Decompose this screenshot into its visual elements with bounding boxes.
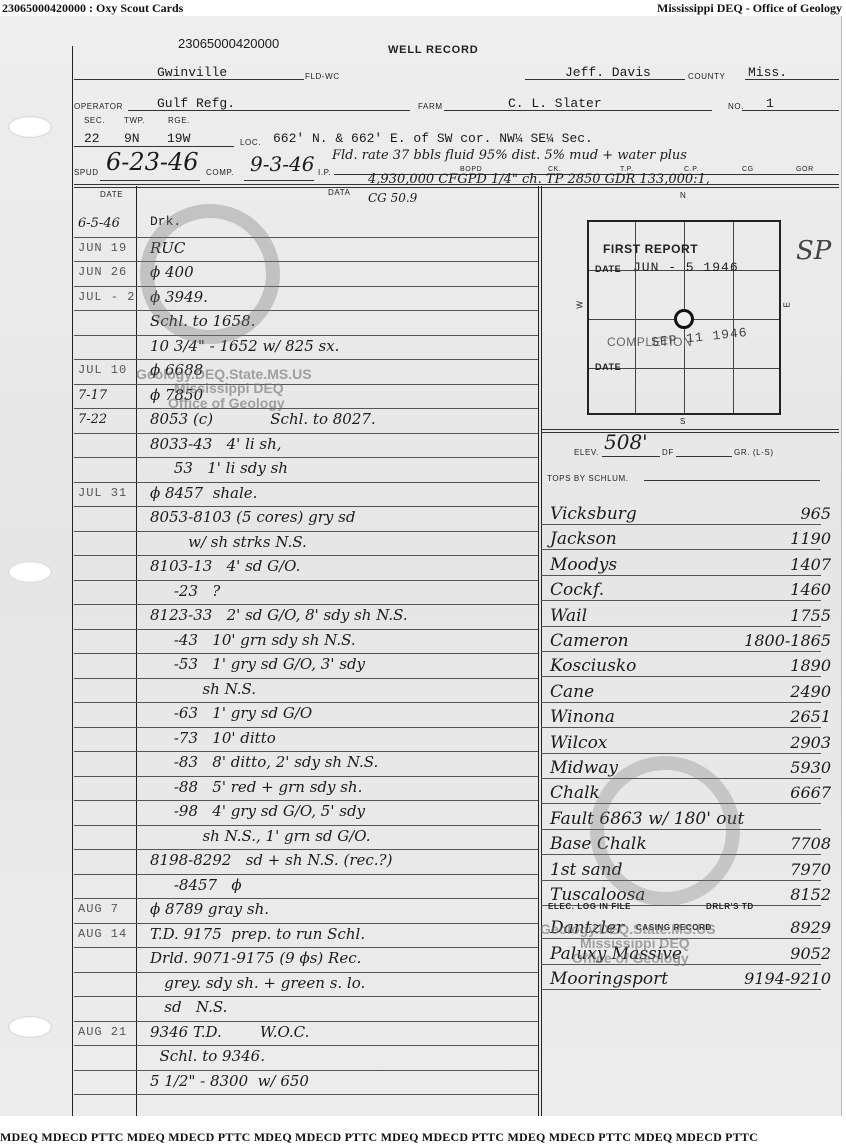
initials: SP — [796, 236, 831, 266]
watermark-office: Office of Geology — [168, 395, 285, 411]
log-date: JUL 10 — [78, 363, 127, 377]
log-entry-text: 8103-13 4' sd G/O. — [150, 557, 300, 575]
log-date: JUN 19 — [78, 241, 127, 255]
loc-value: 662' N. & 662' E. of SW cor. NW¼ SE¼ Sec… — [273, 131, 593, 146]
log-entry-text: 8053 (c) Schl. to 8027. — [150, 410, 376, 428]
log-entry-text: Schl. to 9346. — [150, 1047, 265, 1065]
log-entry-text: 5 1/2" - 8300 w/ 650 — [150, 1072, 309, 1090]
log-entry-text: -43 10' grn sdy sh N.S. — [150, 631, 356, 649]
log-entry-text: -73 10' ditto — [150, 729, 276, 747]
elev-label: ELEV. — [574, 448, 599, 457]
formation-depth: 2903 — [790, 733, 831, 752]
formation-depth: 8929 — [790, 918, 831, 937]
log-entry-text: -63 1' gry sd G/O — [150, 704, 312, 722]
ip-line-1: Fld. rate 37 bbls fluid 95% dist. 5% mud… — [332, 148, 687, 163]
ip-line-3: CG 50.9 — [368, 191, 417, 205]
formation-name: Wail — [550, 606, 587, 626]
log-entry-text: ϕ 8789 gray sh. — [150, 900, 269, 918]
watermark-agency: Mississippi DEQ — [580, 935, 690, 951]
formation-depth: 9052 — [790, 944, 831, 963]
log-entry-text: 9346 T.D. W.O.C. — [150, 1023, 309, 1041]
spud-label: SPUD — [74, 168, 99, 177]
plat-west: W — [576, 300, 585, 308]
sec-value: 22 — [84, 131, 100, 146]
log-entry-text: sh N.S., 1' grn sd G/O. — [150, 827, 370, 845]
log-entry-text: sd N.S. — [150, 998, 227, 1016]
twp-value: 9N — [124, 131, 140, 146]
first-report-date-label: DATE — [595, 264, 621, 274]
formation-name: Moodys — [550, 555, 617, 575]
comp-date: 9-3-46 — [250, 152, 314, 176]
farm-value: C. L. Slater — [508, 96, 602, 111]
elev-value: 508' — [604, 430, 648, 454]
log-date: JUL 31 — [78, 486, 127, 500]
formation-depth: 6667 — [790, 783, 831, 802]
cg-label: CG — [742, 166, 754, 173]
formation-depth: 1800-1865 — [744, 631, 831, 650]
agency-name: Mississippi DEQ - Office of Geology — [657, 1, 842, 16]
log-entry-text: T.D. 9175 prep. to run Schl. — [150, 925, 365, 943]
county-label: COUNTY — [688, 72, 725, 81]
log-entry-text: -53 1' gry sd G/O, 3' sdy — [150, 655, 365, 673]
log-entry-text: Drld. 9071-9175 (9 ϕs) Rec. — [150, 949, 361, 967]
well-no-value: 1 — [766, 96, 774, 111]
gr-label: GR. (L-S) — [734, 448, 774, 457]
comp-label: COMP. — [206, 168, 234, 177]
well-record-card: 23065000420000 WELL RECORD Gwinville FLD… — [0, 16, 842, 1116]
formation-depth: 965 — [800, 504, 831, 523]
viewer-header: 23065000420000 : Oxy Scout Cards Mississ… — [0, 0, 846, 16]
log-entry-text: sh N.S. — [150, 680, 256, 698]
completion-date-label: DATE — [595, 362, 621, 372]
tops-label: TOPS BY SCHLUM. — [547, 474, 629, 483]
form-title: WELL RECORD — [388, 44, 478, 56]
log-date: 7-22 — [78, 412, 107, 427]
operator-label: OPERATOR — [74, 102, 123, 111]
date-column-header: DATE — [100, 190, 123, 199]
log-entry-text: -23 ? — [150, 582, 220, 600]
first-report-label: FIRST REPORT — [603, 242, 698, 256]
location-plat: FIRST REPORT DATE JUN - 5 1946 COMPLETIO… — [587, 220, 781, 415]
loc-label: LOC. — [240, 138, 261, 147]
rge-label: RGE. — [168, 116, 190, 125]
formation-name: Kosciusko — [550, 656, 636, 676]
log-entry-text: -98 4' gry sd G/O, 5' sdy — [150, 802, 365, 820]
log-entry-text: ϕ 8457 shale. — [150, 484, 257, 502]
data-column-header: DATA — [328, 188, 351, 197]
df-label: DF — [662, 448, 674, 457]
footer-banner: MDEQ MDECD PTTC MDEQ MDECD PTTC MDEQ MDE… — [0, 1130, 846, 1145]
well-location-marker — [674, 309, 694, 329]
formation-depth: 1890 — [790, 656, 831, 675]
elec-log-label: ELEC. LOG IN FILE — [548, 902, 631, 911]
log-date: AUG 7 — [78, 902, 119, 916]
formation-name: Winona — [550, 707, 615, 727]
log-date: JUL - 2 — [78, 290, 135, 304]
field-label: FLD-WC — [305, 72, 340, 81]
sec-label: SEC. — [84, 116, 105, 125]
plat-south: S — [680, 417, 686, 426]
rge-value: 19W — [167, 131, 190, 146]
formation-depth: 1755 — [790, 606, 831, 625]
spud-date: 6-23-46 — [106, 148, 199, 176]
log-entry-text: -83 8' ditto, 2' sdy sh N.S. — [150, 753, 378, 771]
formation-name: Vicksburg — [550, 504, 637, 524]
drlr-td-label: DRLR'S TD — [706, 902, 754, 911]
formation-depth: 7970 — [790, 860, 831, 879]
formation-depth: 1190 — [790, 529, 831, 548]
formation-depth: 9194-9210 — [744, 969, 831, 988]
log-date: 6-5-46 — [78, 216, 120, 231]
log-entry-text: -88 5' red + grn sdy sh. — [150, 778, 362, 796]
punch-hole — [8, 561, 52, 583]
plat-north: N — [680, 191, 686, 200]
log-date: AUG 14 — [78, 927, 127, 941]
watermark-office: Office of Geology — [572, 950, 689, 966]
log-entry-text: 10 3/4" - 1652 w/ 825 sx. — [150, 337, 339, 355]
formation-name: Jackson — [550, 529, 617, 549]
watermark-agency: Mississippi DEQ — [174, 380, 284, 396]
formation-depth: 1407 — [790, 555, 831, 574]
formation-depth: 7708 — [790, 834, 831, 853]
watermark-logo — [590, 756, 740, 906]
farm-label: FARM — [418, 102, 443, 111]
formation-name: Cockf. — [550, 580, 604, 600]
log-entry-text: 8053-8103 (5 cores) gry sd — [150, 508, 355, 526]
log-entry-text: 8123-33 2' sd G/O, 8' sdy sh N.S. — [150, 606, 408, 624]
log-entry-text: grey. sdy sh. + green s. lo. — [150, 974, 365, 992]
formation-name: Cameron — [550, 631, 629, 651]
first-report-date: JUN - 5 1946 — [633, 260, 739, 275]
county-value: Jeff. Davis — [565, 65, 651, 80]
punch-hole — [8, 116, 52, 138]
punch-hole — [8, 1016, 52, 1038]
formation-depth: 1460 — [790, 580, 831, 599]
log-date: AUG 21 — [78, 1025, 127, 1039]
gor-label: GOR — [796, 166, 814, 173]
formation-name: Chalk — [550, 783, 600, 803]
formation-name: Midway — [550, 758, 618, 778]
formation-name: Wilcox — [550, 733, 607, 753]
log-entry-text: 8033-43 4' li sh, — [150, 435, 282, 453]
formation-depth: 5930 — [790, 758, 831, 777]
log-date: 7-17 — [78, 388, 107, 403]
formation-depth: 2651 — [790, 707, 831, 726]
twp-label: TWP. — [124, 116, 145, 125]
formation-name: Mooringsport — [550, 969, 668, 989]
operator-value: Gulf Refg. — [157, 96, 235, 111]
plat-east: E — [782, 302, 791, 308]
watermark-logo — [140, 204, 280, 344]
formation-name: Cane — [550, 682, 594, 702]
log-entry-text: 53 1' li sdy sh — [150, 459, 288, 477]
log-entry-text: w/ sh strks N.S. — [150, 533, 307, 551]
log-date: JUN 26 — [78, 265, 127, 279]
state-value: Miss. — [748, 65, 787, 80]
log-entry-text: 8198-8292 sd + sh N.S. (rec.?) — [150, 851, 392, 869]
field-value: Gwinville — [157, 65, 227, 80]
formation-depth: 2490 — [790, 682, 831, 701]
formation-depth: 8152 — [790, 885, 831, 904]
document-title: 23065000420000 : Oxy Scout Cards — [2, 1, 183, 16]
ip-label: I.P. — [318, 168, 331, 177]
log-entry-text: -8457 ϕ — [150, 876, 242, 894]
api-number: 23065000420000 — [178, 36, 279, 51]
